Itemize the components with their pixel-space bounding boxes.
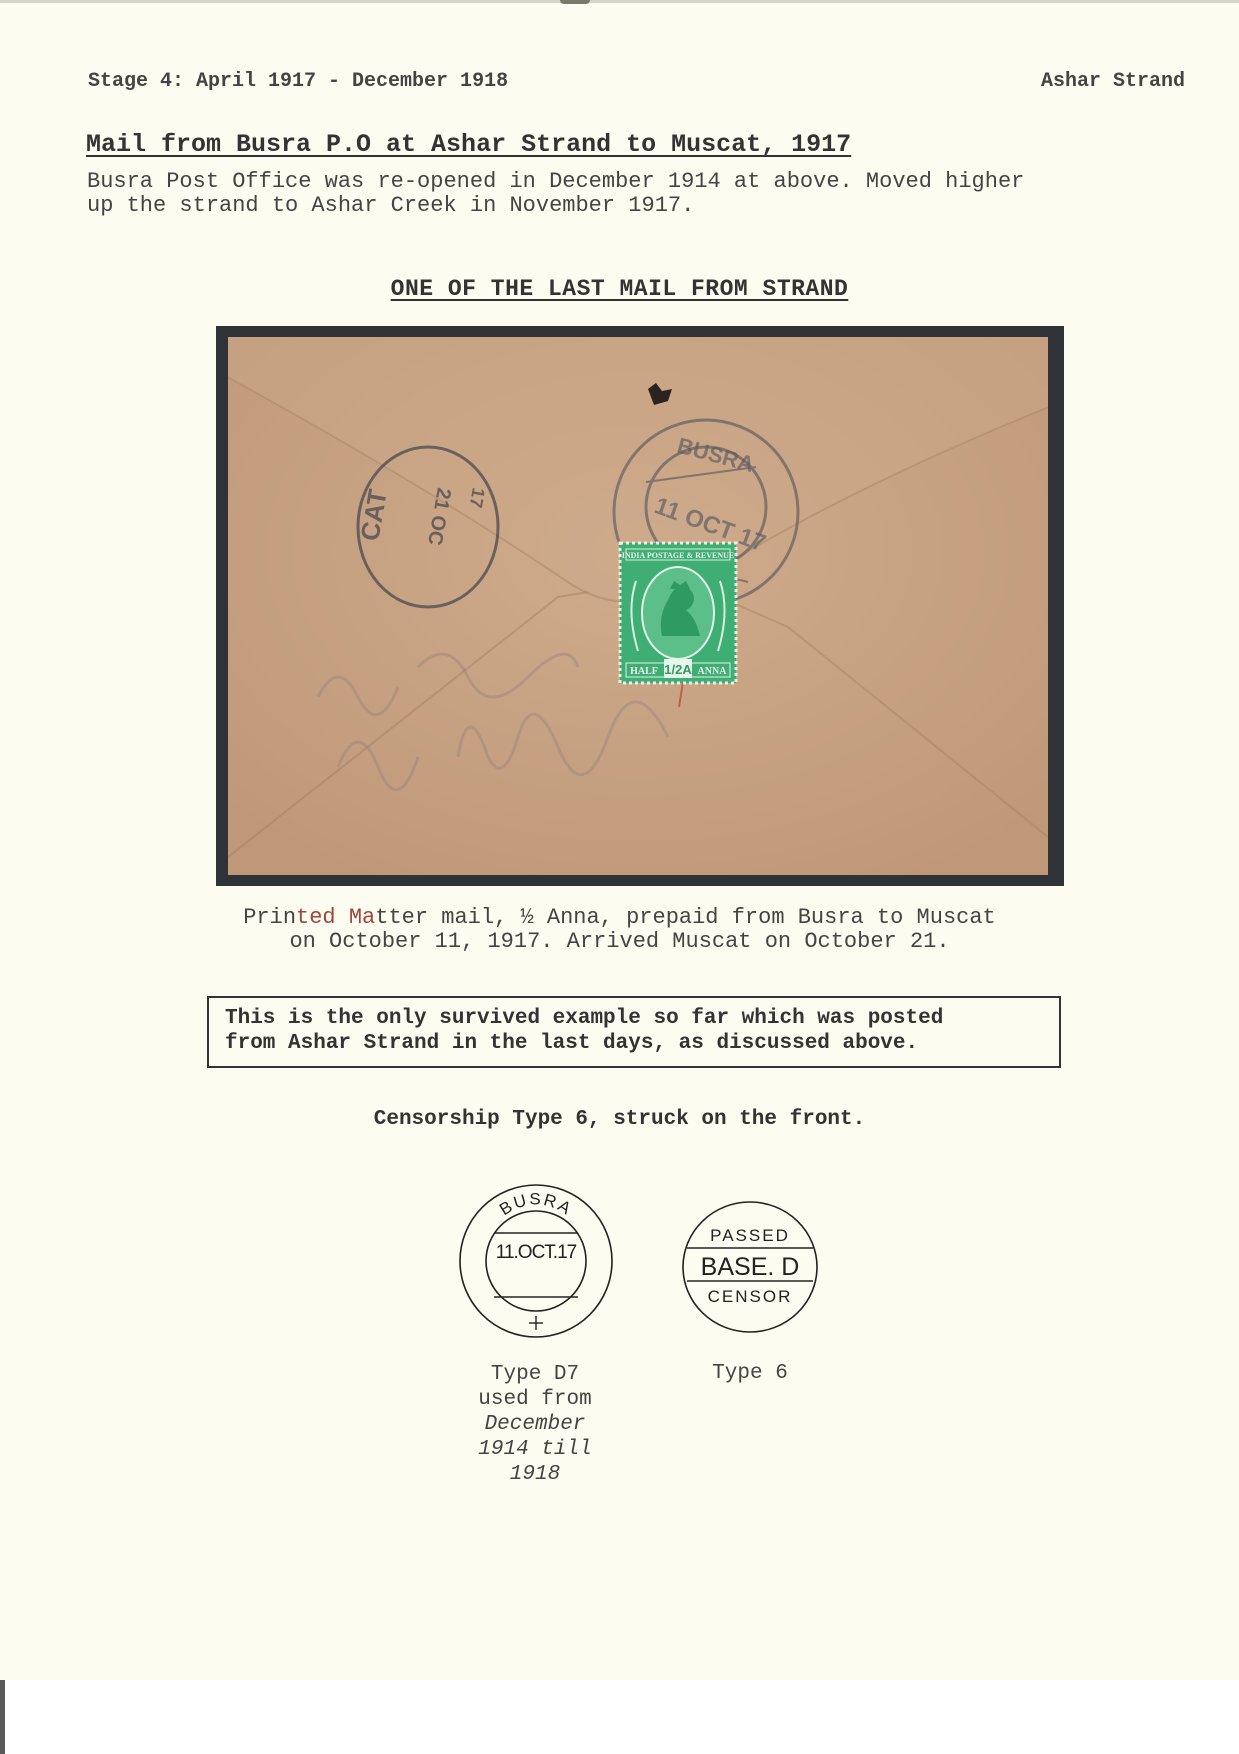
svg-text:HALF: HALF (630, 666, 658, 677)
intro-text: Busra Post Office was re-opened in Decem… (87, 170, 1197, 218)
cover-envelope-back: CAT 21 OC 17 BUSRA 11 OCT 17 INDIA POSTA… (228, 337, 1048, 875)
svg-text:1/2A: 1/2A (664, 662, 692, 677)
type-d7-postmark-drawing: BUSRA 11.OCT.17 (456, 1181, 616, 1341)
type-d7-label-line: 1918 (440, 1462, 630, 1487)
svg-text:ANNA: ANNA (698, 666, 728, 677)
exhibit-heading: ONE OF THE LAST MAIL FROM STRAND (0, 276, 1239, 302)
half-anna-stamp: INDIA POSTAGE & REVENUE 1/2A HALF ANNA (618, 541, 738, 685)
exhibit-heading-text: ONE OF THE LAST MAIL FROM STRAND (391, 276, 849, 302)
svg-text:BASE. D: BASE. D (701, 1253, 800, 1281)
censorship-line: Censorship Type 6, struck on the front. (0, 1108, 1239, 1131)
scan-artifact (560, 0, 590, 4)
svg-text:CENSOR: CENSOR (708, 1287, 793, 1306)
svg-text:11.OCT.17: 11.OCT.17 (496, 1242, 577, 1263)
type-d7-label: Type D7 used from December 1914 till 191… (440, 1362, 630, 1487)
type-d7-label-line: December (440, 1412, 630, 1437)
svg-text:17: 17 (466, 486, 489, 509)
page-bottom-margin (0, 1680, 1239, 1754)
type-6-censor-drawing: PASSED BASE. D CENSOR (680, 1199, 820, 1335)
caption-part-red: ted Ma (296, 905, 375, 930)
svg-text:BUSRA: BUSRA (496, 1190, 576, 1219)
type-d7-label-line: 1914 till (440, 1437, 630, 1462)
svg-text:INDIA POSTAGE & REVENUE: INDIA POSTAGE & REVENUE (622, 551, 735, 560)
caption-part-1: Prin (243, 905, 296, 930)
page-title: Mail from Busra P.O at Ashar Strand to M… (86, 130, 851, 159)
cross-ornament-icon (529, 1316, 543, 1330)
scan-edge (0, 1680, 5, 1754)
type-6-label: Type 6 (690, 1362, 810, 1385)
note-text: This is the only survived example so far… (225, 1006, 943, 1056)
cover-caption: Printed Matter mail, ½ Anna, prepaid fro… (0, 906, 1239, 954)
type-d7-label-line: used from (440, 1387, 630, 1412)
svg-text:PASSED: PASSED (710, 1226, 790, 1245)
type-d7-label-line: Type D7 (440, 1362, 630, 1387)
stage-label: Stage 4: April 1917 - December 1918 (88, 70, 508, 93)
section-label: Ashar Strand (1041, 70, 1185, 93)
caption-part-2: tter mail, ½ Anna, prepaid from Busra to… (289, 905, 995, 954)
page-top-edge (0, 0, 1239, 3)
